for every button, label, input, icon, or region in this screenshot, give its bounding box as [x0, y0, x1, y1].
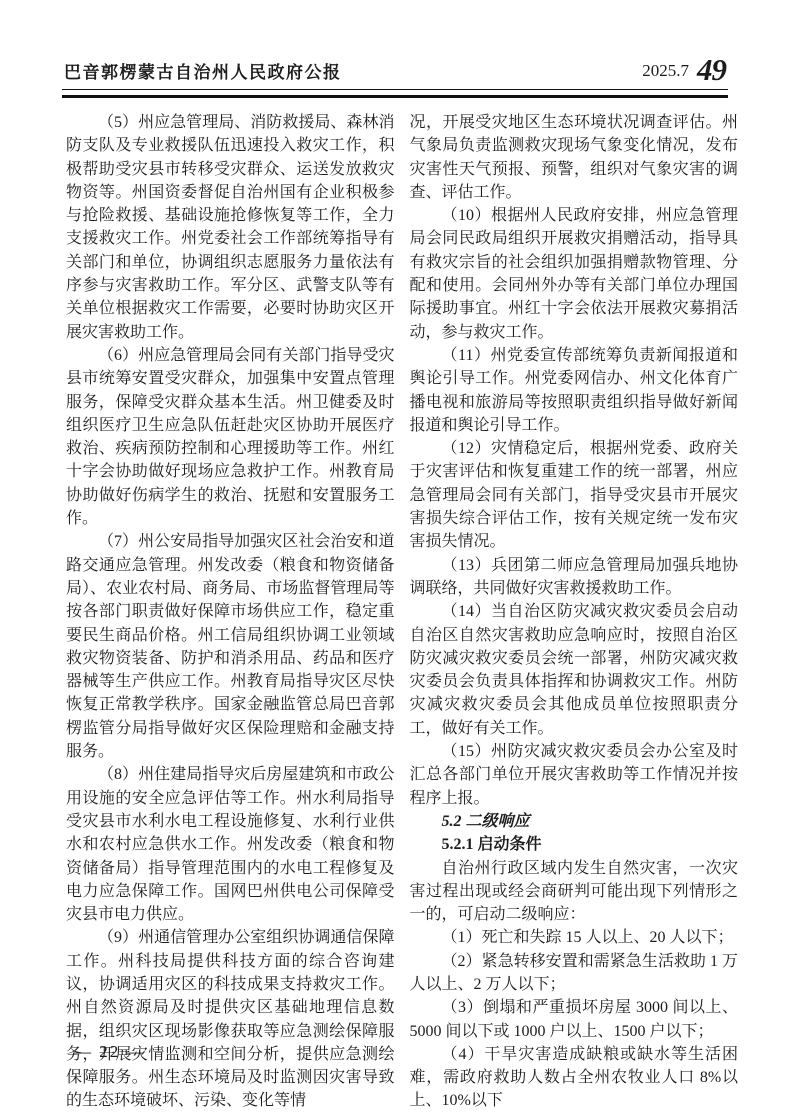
left-column: （5）州应急管理局、消防救援局、森林消防支队及专业救援队伍迅速投入救灾工作，积极… — [66, 111, 395, 1113]
page-footer: — 22 — — [74, 1042, 146, 1062]
gazette-page: 巴音郭楞蒙古自治州人民政府公报 2025.7 49 （5）州应急管理局、消防救援… — [0, 0, 790, 1118]
paragraph-item-10: （10）根据州人民政府安排，州应急管理局会同民政局组织开展救灾捐赠活动，指导具有… — [410, 204, 739, 344]
paragraph-item-9: （9）州通信管理办公室组织协调通信保障工作。州科技局提供科技方面的综合咨询建议，… — [66, 926, 395, 1112]
paragraph-item-14: （14）当自治区防灾减灾救灾委员会启动自治区自然灾害救助应急响应时，按照自治区防… — [410, 600, 739, 740]
paragraph-item-13: （13）兵团第二师应急管理局加强兵地协调联络，共同做好灾害救援救助工作。 — [410, 554, 739, 601]
paragraph-continuation: 况，开展受灾地区生态环境状况调查评估。州气象局负责监测救灾现场气象变化情况，发布… — [410, 111, 739, 204]
page-number: — 22 — — [74, 1042, 146, 1061]
page-header: 巴音郭楞蒙古自治州人民政府公报 2025.7 49 — [62, 58, 728, 98]
paragraph-item-7: （7）州公安局指导加强灾区社会治安和道路交通应急管理。州发改委（粮食和物资储备局… — [66, 530, 395, 763]
paragraph-item-6: （6）州应急管理局会同有关部门指导受灾县市统筹安置受灾群众，加强集中安置点管理服… — [66, 344, 395, 530]
paragraph-item-15: （15）州防灾减灾救灾委员会办公室及时汇总各部门单位开展灾害救助等工作情况并按程… — [410, 740, 739, 810]
condition-item-2: （2）紧急转移安置和需紧急生活救助 1 万人以上、2 万人以下； — [410, 950, 739, 997]
header-divider — [62, 89, 728, 98]
header-issue-info: 2025.7 49 — [642, 58, 726, 83]
paragraph-item-8: （8）州住建局指导灾后房屋建筑和市政公用设施的安全应急评估等工作。州水利局指导受… — [66, 763, 395, 926]
header-row: 巴音郭楞蒙古自治州人民政府公报 2025.7 49 — [62, 58, 728, 89]
condition-item-1: （1）死亡和失踪 15 人以上、20 人以下； — [410, 926, 739, 949]
right-column: 况，开展受灾地区生态环境状况调查评估。州气象局负责监测救灾现场气象变化情况，发布… — [410, 111, 739, 1113]
condition-item-3: （3）倒塌和严重损坏房屋 3000 间以上、5000 间以下或 1000 户以上… — [410, 996, 739, 1043]
paragraph-intro-conditions: 自治州行政区域内发生自然灾害，一次灾害过程出现或经会商研判可能出现下列情形之一的… — [410, 857, 739, 927]
issue-number: 49 — [697, 58, 726, 83]
paragraph-item-5: （5）州应急管理局、消防救援局、森林消防支队及专业救援队伍迅速投入救灾工作，积极… — [66, 111, 395, 344]
section-heading-5-2: 5.2 二级响应 — [410, 810, 739, 833]
condition-item-4: （4）干旱灾害造成缺粮或缺水等生活困难，需政府救助人数占全州农牧业人口 8%以上… — [410, 1043, 739, 1113]
section-heading-5-2-1: 5.2.1 启动条件 — [410, 833, 739, 856]
gazette-title: 巴音郭楞蒙古自治州人民政府公报 — [64, 58, 342, 83]
paragraph-item-12: （12）灾情稳定后，根据州党委、政府关于灾害评估和恢复重建工作的统一部署，州应急… — [410, 437, 739, 553]
issue-date: 2025.7 — [642, 61, 689, 83]
document-body: （5）州应急管理局、消防救援局、森林消防支队及专业救援队伍迅速投入救灾工作，积极… — [66, 111, 738, 1113]
paragraph-item-11: （11）州党委宣传部统筹负责新闻报道和舆论引导工作。州党委网信办、州文化体育广播… — [410, 344, 739, 437]
